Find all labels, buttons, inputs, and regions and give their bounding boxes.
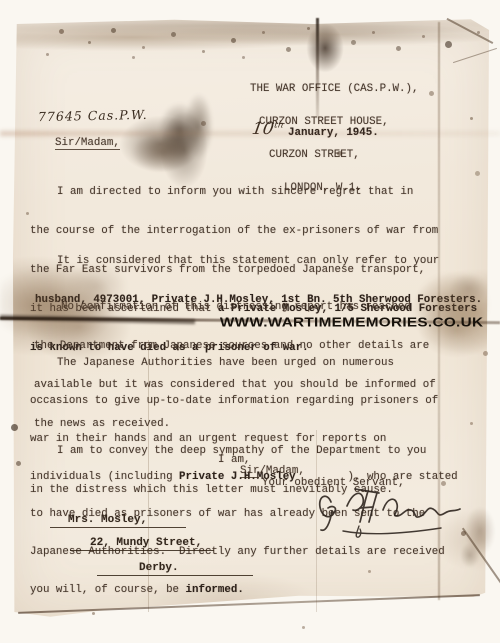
website-watermark: WWW.WARTIMEMEMORIES.CO.UK	[220, 315, 483, 330]
recipient-name: Mrs. Mosley,	[50, 514, 186, 528]
signature-gth-rogers	[315, 482, 465, 540]
recipient-street: 22, Mundy Street,	[70, 537, 214, 551]
handwritten-date-day: 10th	[250, 119, 284, 139]
scanned-letter-photo: THE WAR OFFICE (CAS.P.W.), CURZON STREET…	[0, 0, 500, 643]
letterhead-line: THE WAR OFFICE (CAS.P.W.),	[250, 84, 418, 95]
recipient-town: Derby.	[97, 562, 253, 576]
handwritten-reference: 77645 Cas.P.W.	[38, 107, 148, 124]
date-ordinal: th	[273, 120, 284, 130]
salutation: Sir/Madam,	[55, 137, 120, 150]
paper-speckles	[0, 0, 3, 3]
typed-date: January, 1945.	[288, 127, 379, 140]
